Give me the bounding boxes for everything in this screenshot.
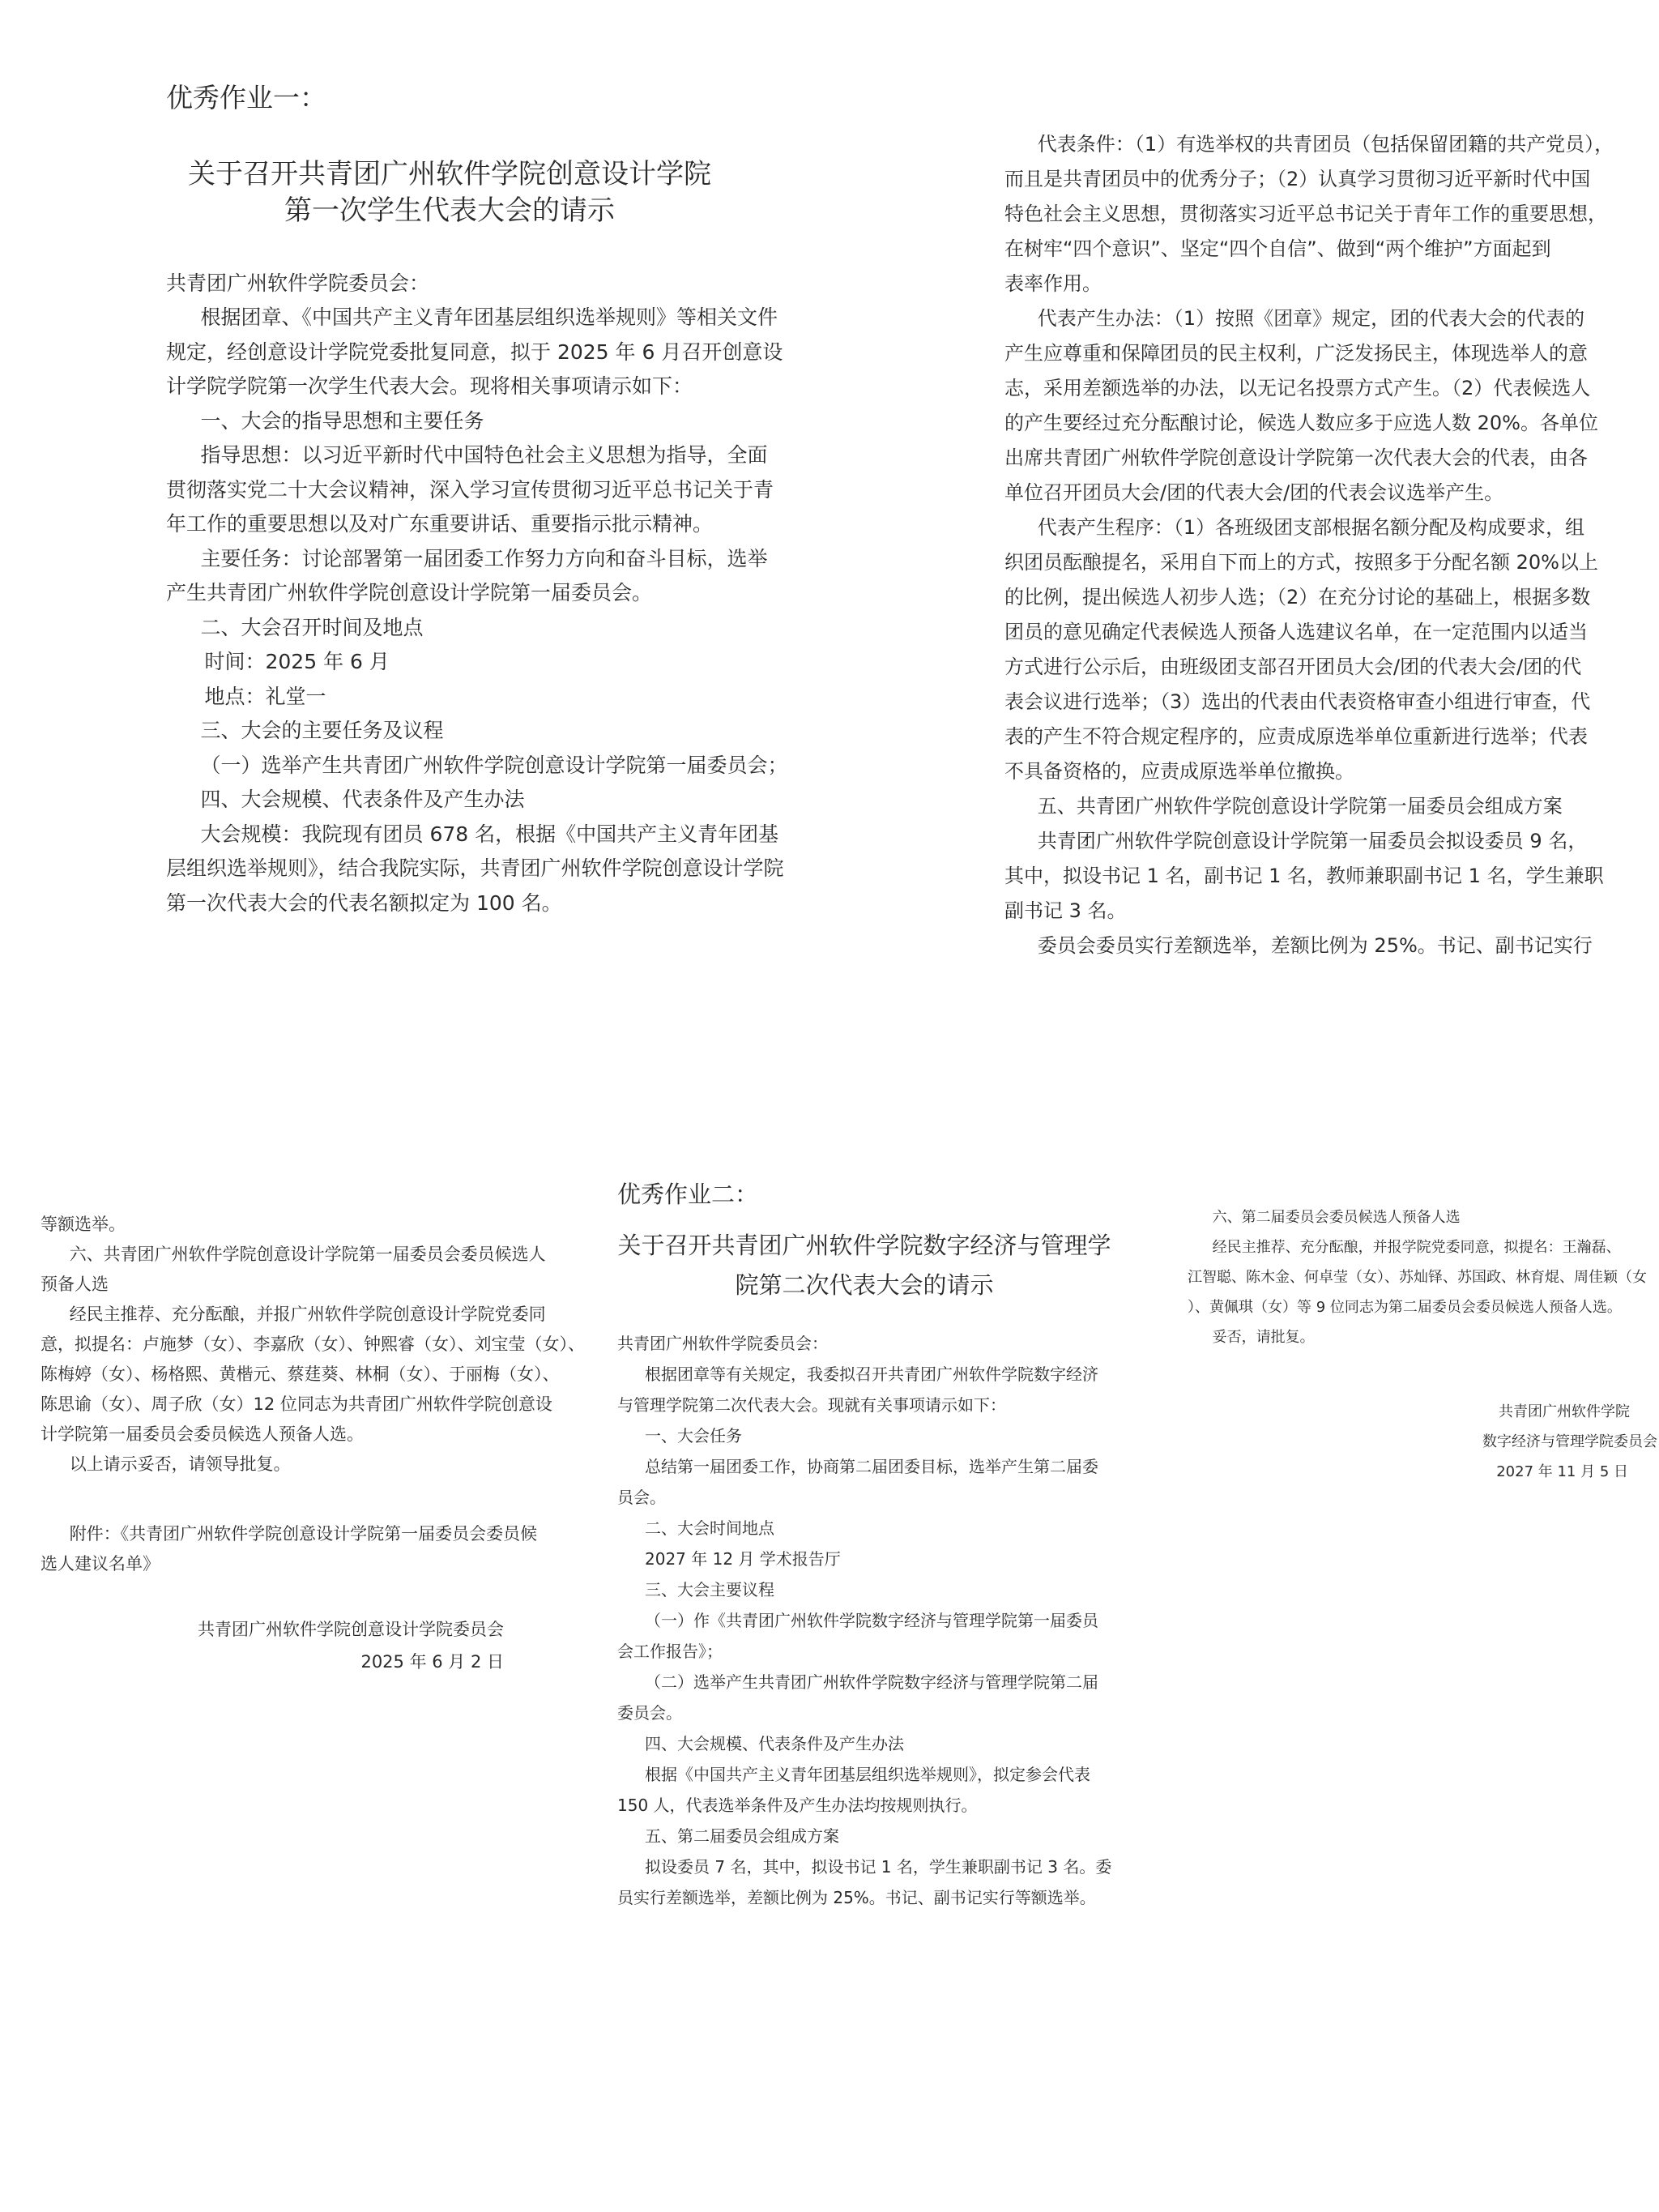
section-heading: 四、大会规模、代表条件及产生办法 (166, 784, 525, 813)
paragraph-line: 在树牢“四个意识”、坚定“四个自信”、做到“两个维护”方面起到 (1004, 233, 1551, 261)
document-title-line-2: 院第二次代表大会的请示 (617, 1267, 1111, 1300)
paragraph-line: 层组织选举规则》，结合我院实际，共青团广州软件学院创意设计学院 (166, 852, 784, 882)
paragraph-line: 经民主推荐、充分酝酿，并报广州软件学院创意设计学院党委同 (41, 1301, 546, 1326)
paragraph-line: 单位召开团员大会/团的代表大会/团的代表会议选举产生。 (1004, 476, 1503, 505)
section-heading: 四、大会规模、代表条件及产生办法 (617, 1731, 904, 1754)
paragraph-line: 计学院第一届委员会委员候选人预备人选。 (41, 1421, 364, 1445)
section-heading: 六、第二届委员会委员候选人预备人选 (1188, 1206, 1461, 1227)
signature-date: 2027 年 11 月 5 日 (1496, 1460, 1628, 1481)
paragraph-line: 指导思想：以习近平新时代中国特色社会主义思想为指导，全面 (166, 439, 768, 468)
paragraph-line: 等额选举。 (41, 1211, 126, 1236)
paragraph-line: 年工作的重要思想以及对广东重要讲话、重要指示批示精神。 (166, 508, 713, 537)
meeting-location: 地点：礼堂一 (166, 681, 326, 710)
section-heading: 二、大会时间地点 (617, 1515, 774, 1539)
addressee: 共青团广州软件学院委员会： (166, 267, 429, 297)
agenda-item: （一）作《共青团广州软件学院数字经济与管理学院第一届委员 (617, 1608, 1098, 1631)
paragraph-line: 根据《中国共产主义青年团基层组织选举规则》，拟定参会代表 (617, 1761, 1090, 1785)
paragraph-line: 根据团章、《中国共产主义青年团基层组织选举规则》等相关文件 (166, 301, 778, 331)
section-heading: 二、大会召开时间及地点 (166, 612, 424, 641)
paragraph-line: 员实行差额选举，差额比例为 25%。书记、副书记实行等额选举。 (617, 1885, 1096, 1908)
section-heading: 三、大会的主要任务及议程 (166, 715, 444, 744)
paragraph-line: 表的产生不符合规定程序的，应责成原选举单位重新进行选举；代表 (1004, 720, 1588, 749)
paragraph-line: 表会议进行选举；（3）选出的代表由代表资格审查小组进行审查，代 (1004, 685, 1590, 714)
closing-request: 以上请示妥否，请领导批复。 (41, 1451, 291, 1475)
paragraph-line: 根据团章等有关规定，我委拟召开共青团广州软件学院数字经济 (617, 1361, 1098, 1385)
assignment-label: 优秀作业二： (617, 1176, 758, 1210)
document-title-line-1: 关于召开共青团广州软件学院创意设计学院 (166, 152, 733, 191)
closing-request: 妥否，请批复。 (1188, 1326, 1315, 1347)
paragraph-line: 的比例，提出候选人初步人选；（2）在充分讨论的基础上，根据多数 (1004, 581, 1590, 609)
section-heading: 五、第二届委员会组成方案 (617, 1823, 839, 1847)
paragraph-line: 总结第一届团委工作，协商第二届团委目标，选举产生第二届委 (617, 1454, 1098, 1477)
paragraph-line: 其中，拟设书记 1 名，副书记 1 名，教师兼职副书记 1 名，学生兼职 (1004, 860, 1604, 888)
section-heading: 一、大会任务 (617, 1423, 742, 1446)
meeting-time: 时间：2025 年 6 月 (166, 646, 390, 675)
attachment-line: 附件：《共青团广州软件学院创意设计学院第一届委员会委员候 (41, 1521, 537, 1545)
paragraph-line: 志，采用差额选举的办法，以无记名投票方式产生。（2）代表候选人 (1004, 372, 1590, 400)
candidate-list-line: 江智聪、陈木金、何卓莹（女）、苏灿铎、苏国政、林育焜、周佳颖（女 (1188, 1266, 1647, 1287)
paragraph-line: 织团员酝酿提名，采用自下而上的方式，按照多于分配名额 20%以上 (1004, 546, 1598, 574)
paragraph-line: 员会。 (617, 1484, 666, 1508)
agenda-item: 会工作报告》； (617, 1638, 723, 1662)
paragraph-line: 共青团广州软件学院创意设计学院第一届委员会拟设委员 9 名， (1004, 825, 1587, 853)
agenda-item: （二）选举产生共青团广州软件学院数字经济与管理学院第二届 (617, 1669, 1098, 1693)
assignment-label: 优秀作业一： (166, 77, 326, 115)
paragraph-line: 拟设委员 7 名，其中，拟设书记 1 名，学生兼职副书记 3 名。委 (617, 1854, 1111, 1877)
candidate-list-line: 意，拟提名：卢施梦（女）、李嘉欣（女）、钟熙睿（女）、刘宝莹（女）、 (41, 1331, 585, 1356)
paragraph-line: 大会规模：我院现有团员 678 名，根据《中国共产主义青年团基 (166, 818, 778, 848)
section-heading: 一、大会的指导思想和主要任务 (166, 405, 484, 434)
signature-organization-line-1: 共青团广州软件学院 (1499, 1400, 1630, 1421)
document-title-line-2: 第一次学生代表大会的请示 (166, 188, 733, 228)
paragraph-line: 主要任务：讨论部署第一届团委工作努力方向和奋斗目标，选举 (166, 543, 768, 572)
paragraph-line: 代表条件：（1）有选举权的共青团员（包括保留团籍的共产党员）， (1004, 128, 1614, 156)
paragraph-line: 产生应尊重和保障团员的民主权利，广泛发扬民主，体现选举人的意 (1004, 337, 1588, 365)
document-title-line-1: 关于召开共青团广州软件学院数字经济与管理学 (617, 1228, 1111, 1261)
paragraph-line: 代表产生程序：（1）各班级团支部根据名额分配及构成要求，组 (1004, 511, 1584, 540)
section-heading: 五、共青团广州软件学院创意设计学院第一届委员会组成方案 (1004, 790, 1563, 818)
paragraph-line: 特色社会主义思想，贯彻落实习近平总书记关于青年工作的重要思想， (1004, 198, 1607, 226)
paragraph-line: 团员的意见确定代表候选人预备人选建议名单，在一定范围内以适当 (1004, 616, 1588, 644)
paragraph-line: 的产生要经过充分酝酿讨论，候选人数应多于应选人数 20%。各单位 (1004, 407, 1598, 435)
paragraph-line: 委员会委员实行差额选举，差额比例为 25%。书记、副书记实行 (1004, 929, 1593, 958)
paragraph-line: 不具备资格的，应责成原选举单位撤换。 (1004, 755, 1354, 784)
paragraph-line: 第一次代表大会的代表名额拟定为 100 名。 (166, 887, 562, 916)
paragraph-line: 副书记 3 名。 (1004, 895, 1127, 923)
agenda-item: （一）选举产生共青团广州软件学院创意设计学院第一届委员会； (166, 749, 788, 779)
signature-date: 2025 年 6 月 2 日 (360, 1649, 504, 1673)
paragraph-line: 计学院学院第一次学生代表大会。现将相关事项请示如下： (166, 370, 693, 399)
paragraph-line: 经民主推荐、充分酝酿，并报学院党委同意，拟提名：王瀚磊、 (1188, 1236, 1621, 1257)
paragraph-line: 代表产生办法：（1）按照《团章》规定，团的代表大会的代表的 (1004, 302, 1584, 331)
paragraph-line: 表率作用。 (1004, 267, 1102, 296)
addressee: 共青团广州软件学院委员会： (617, 1330, 828, 1354)
paragraph-line: 与管理学院第二次代表大会。现就有关事项请示如下： (617, 1392, 1006, 1416)
candidate-list-line: 陈思谕（女）、周子欣（女）12 位同志为共青团广州软件学院创意设 (41, 1391, 552, 1416)
section-heading: 六、共青团广州软件学院创意设计学院第一届委员会委员候选人 (41, 1241, 546, 1266)
signature-organization-line-2: 数字经济与管理学院委员会 (1482, 1430, 1657, 1451)
candidate-list-line: ）、黄佩琪（女）等 9 位同志为第二届委员会委员候选人预备人选。 (1188, 1296, 1622, 1317)
candidate-list-line: 陈梅婷（女）、杨格熙、黄楷元、蔡莛葵、林桐（女）、于丽梅（女）、 (41, 1361, 560, 1386)
attachment-line: 选人建议名单》 (41, 1551, 160, 1575)
paragraph-line: 规定，经创意设计学院党委批复同意，拟于 2025 年 6 月召开创意设 (166, 336, 783, 365)
meeting-time-location: 2027 年 12 月 学术报告厅 (617, 1546, 841, 1569)
paragraph-line: 150 人，代表选举条件及产生办法均按规则执行。 (617, 1792, 978, 1816)
signature-organization: 共青团广州软件学院创意设计学院委员会 (198, 1616, 504, 1641)
paragraph-line: 出席共青团广州软件学院创意设计学院第一次代表大会的代表，由各 (1004, 442, 1588, 470)
section-heading: 三、大会主要议程 (617, 1577, 774, 1600)
paragraph-line: 方式进行公示后，由班级团支部召开团员大会/团的代表大会/团的代 (1004, 651, 1581, 679)
agenda-item: 委员会。 (617, 1700, 682, 1723)
paragraph-line: 贯彻落实党二十大会议精神，深入学习宣传贯彻习近平总书记关于青 (166, 474, 774, 503)
paragraph-line: 产生共青团广州软件学院创意设计学院第一届委员会。 (166, 577, 652, 606)
section-heading: 预备人选 (41, 1271, 109, 1296)
paragraph-line: 而且是共青团员中的优秀分子；（2）认真学习贯彻习近平新时代中国 (1004, 163, 1590, 191)
